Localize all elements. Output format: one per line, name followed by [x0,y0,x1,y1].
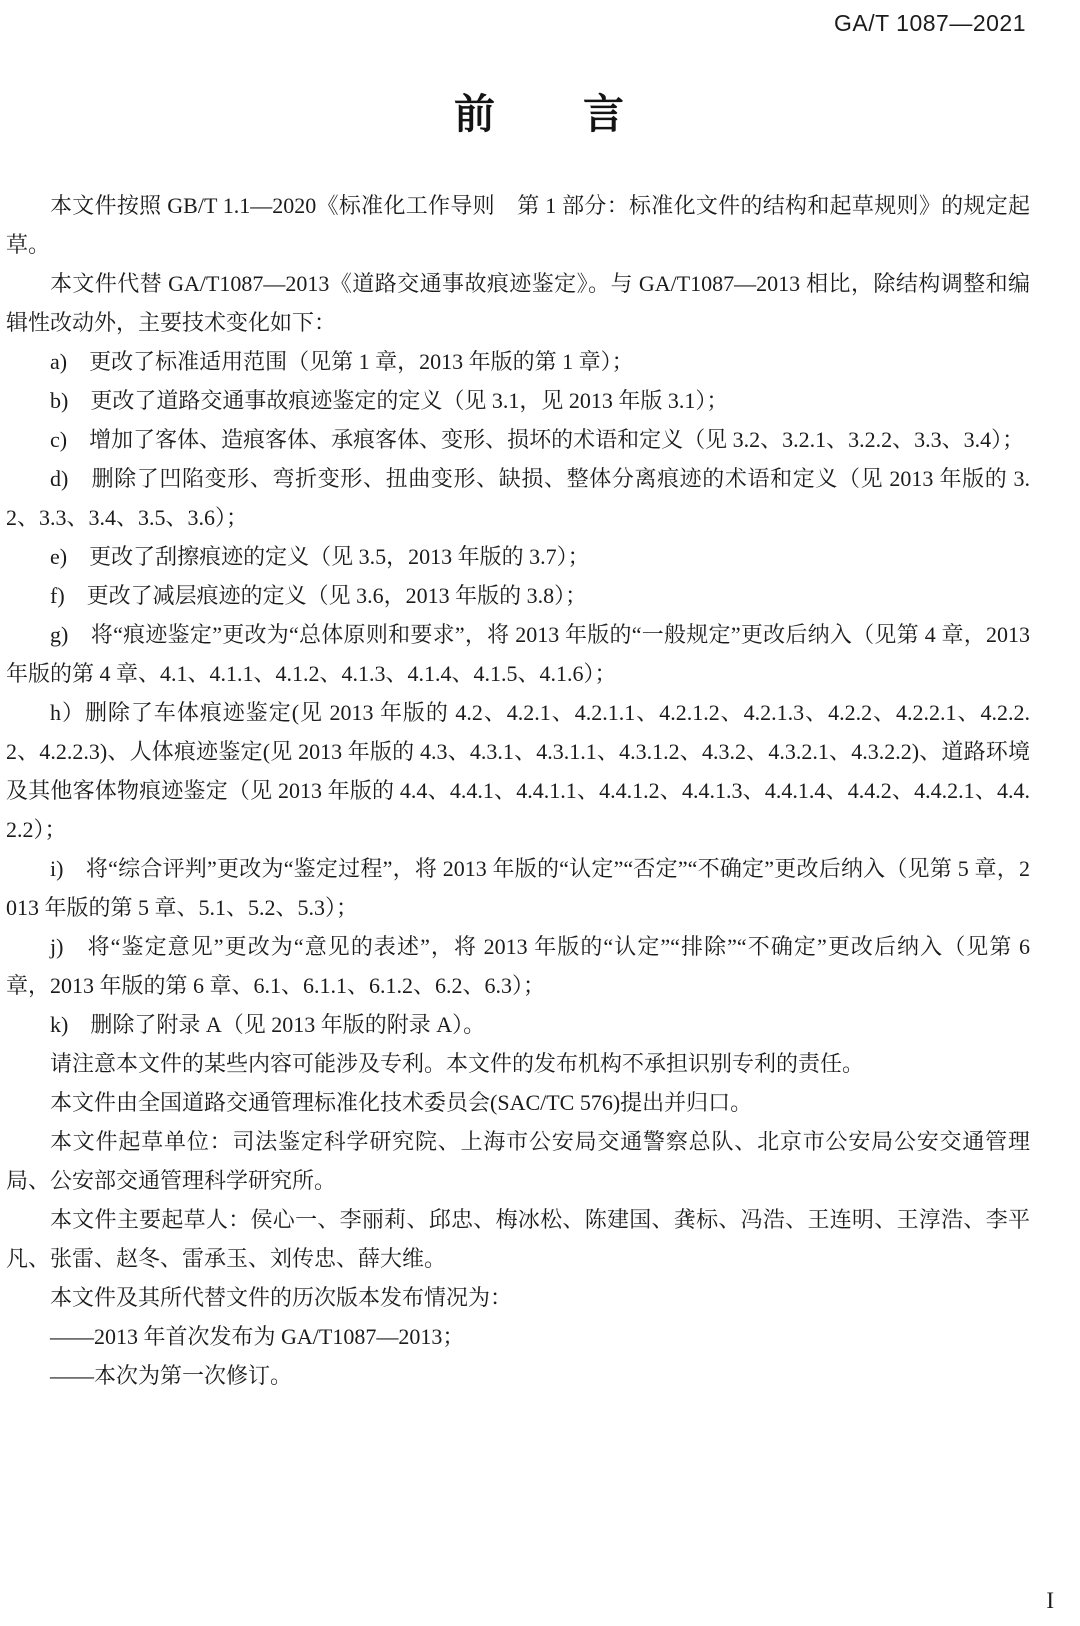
paragraph: c) 增加了客体、造痕客体、承痕客体、变形、损坏的术语和定义（见 3.2、3.2… [6,420,1030,459]
paragraph: f) 更改了减层痕迹的定义（见 3.6，2013 年版的 3.8）； [6,576,1030,615]
paragraph: 本文件代替 GA/T1087—2013《道路交通事故痕迹鉴定》。与 GA/T10… [6,264,1030,342]
standard-code-header: GA/T 1087—2021 [0,0,1080,37]
paragraph: e) 更改了刮擦痕迹的定义（见 3.5，2013 年版的 3.7）； [6,537,1030,576]
paragraph: b) 更改了道路交通事故痕迹鉴定的定义（见 3.1，见 2013 年版 3.1）… [6,381,1030,420]
paragraph: 本文件按照 GB/T 1.1—2020《标准化工作导则 第 1 部分：标准化文件… [6,186,1030,264]
paragraph: 请注意本文件的某些内容可能涉及专利。本文件的发布机构不承担识别专利的责任。 [6,1044,1030,1083]
page-number: I [1046,1588,1054,1614]
paragraph: 本文件起草单位：司法鉴定科学研究院、上海市公安局交通警察总队、北京市公安局公安交… [6,1122,1030,1200]
paragraph: ——2013 年首次发布为 GA/T1087—2013； [6,1317,1030,1356]
paragraph: i) 将“综合评判”更改为“鉴定过程”，将 2013 年版的“认定”“否定”“不… [6,849,1030,927]
foreword-paragraphs: 本文件按照 GB/T 1.1—2020《标准化工作导则 第 1 部分：标准化文件… [6,186,1030,1395]
paragraph: 本文件主要起草人：侯心一、李丽莉、邱忠、梅冰松、陈建国、龚标、冯浩、王连明、王淳… [6,1200,1030,1278]
paragraph: ——本次为第一次修订。 [6,1356,1030,1395]
paragraph: d) 删除了凹陷变形、弯折变形、扭曲变形、缺损、整体分离痕迹的术语和定义（见 2… [6,459,1030,537]
paragraph: 本文件及其所代替文件的历次版本发布情况为： [6,1278,1030,1317]
paragraph: 本文件由全国道路交通管理标准化技术委员会(SAC/TC 576)提出并归口。 [6,1083,1030,1122]
paragraph: j) 将“鉴定意见”更改为“意见的表述”，将 2013 年版的“认定”“排除”“… [6,927,1030,1005]
page-title: 前 言 [0,81,1080,140]
paragraph: g) 将“痕迹鉴定”更改为“总体原则和要求”，将 2013 年版的“一般规定”更… [6,615,1030,693]
paragraph: h）删除了车体痕迹鉴定(见 2013 年版的 4.2、4.2.1、4.2.1.1… [6,693,1030,849]
document-page: GA/T 1087—2021 前 言 本文件按照 GB/T 1.1—2020《标… [0,0,1080,1626]
paragraph: k) 删除了附录 A（见 2013 年版的附录 A）。 [6,1005,1030,1044]
paragraph: a) 更改了标准适用范围（见第 1 章，2013 年版的第 1 章）； [6,342,1030,381]
